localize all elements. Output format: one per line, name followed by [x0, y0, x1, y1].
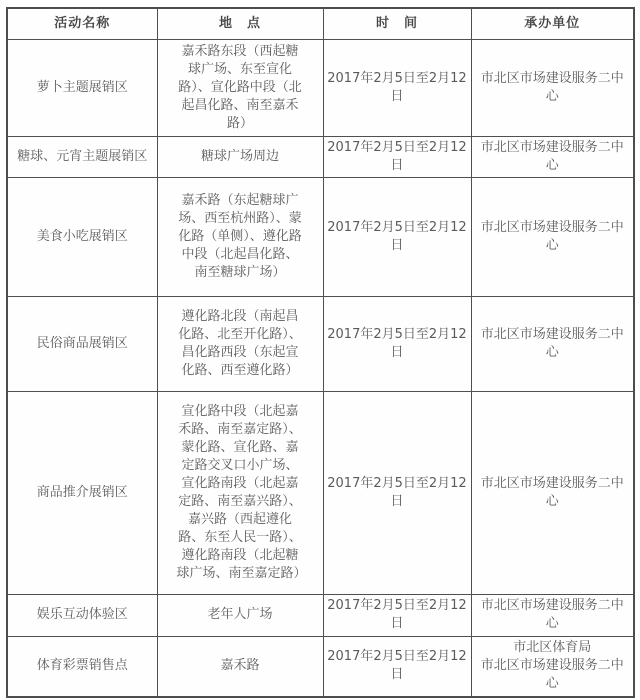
organizer-cell: 市北区市场建设服务二中心 — [471, 177, 634, 296]
activity-name-cell: 萝卜主题展销区 — [7, 39, 157, 136]
time-cell: 2017年2月5日至2月12日 — [323, 296, 471, 391]
activity-name-cell: 民俗商品展销区 — [7, 296, 157, 391]
organizer-cell: 市北区市场建设服务二中心 — [471, 296, 634, 391]
organizer-cell: 市北区市场建设服务二中心 — [471, 594, 634, 636]
table-row: 美食小吃展销区 嘉禾路（东起糖球广场、西至杭州路）、蒙化路（单侧）、遵化路中段（… — [7, 177, 634, 296]
time-cell: 2017年2月5日至2月12日 — [323, 594, 471, 636]
organizer-cell: 市北区市场建设服务二中心 — [471, 39, 634, 136]
time-cell: 2017年2月5日至2月12日 — [323, 177, 471, 296]
table-row: 商品推介展销区 宣化路中段（北起嘉禾路、南至嘉定路）、蒙化路、宣化路、嘉定路交叉… — [7, 391, 634, 594]
location-cell: 糖球广场周边 — [157, 136, 323, 177]
table-row: 糖球、元宵主题展销区 糖球广场周边 2017年2月5日至2月12日 市北区市场建… — [7, 136, 634, 177]
location-cell: 嘉禾路（东起糖球广场、西至杭州路）、蒙化路（单侧）、遵化路中段（北起昌化路、南至… — [157, 177, 323, 296]
table-row: 萝卜主题展销区 嘉禾路东段（西起糖球广场、东至宣化路）、宣化路中段（北起昌化路、… — [7, 39, 634, 136]
location-cell: 嘉禾路 — [157, 636, 323, 697]
location-cell: 遵化路北段（南起昌化路、北至开化路）、昌化路西段（东起宣化路、西至遵化路） — [157, 296, 323, 391]
festival-activities-table: 活动名称 地 点 时 间 承办单位 萝卜主题展销区 嘉禾路东段（西起糖球广场、东… — [6, 7, 635, 698]
table-row: 体育彩票销售点 嘉禾路 2017年2月5日至2月12日 市北区体育局 市北区市场… — [7, 636, 634, 697]
activity-name-cell: 糖球、元宵主题展销区 — [7, 136, 157, 177]
table-row: 娱乐互动体验区 老年人广场 2017年2月5日至2月12日 市北区市场建设服务二… — [7, 594, 634, 636]
organizer-cell: 市北区体育局 市北区市场建设服务二中心 — [471, 636, 634, 697]
location-cell: 嘉禾路东段（西起糖球广场、东至宣化路）、宣化路中段（北起昌化路、南至嘉禾路） — [157, 39, 323, 136]
time-cell: 2017年2月5日至2月12日 — [323, 636, 471, 697]
header-location: 地 点 — [157, 8, 323, 39]
organizer-cell: 市北区市场建设服务二中心 — [471, 136, 634, 177]
location-cell: 老年人广场 — [157, 594, 323, 636]
activity-name-cell: 体育彩票销售点 — [7, 636, 157, 697]
time-cell: 2017年2月5日至2月12日 — [323, 391, 471, 594]
header-organizer: 承办单位 — [471, 8, 634, 39]
activity-name-cell: 娱乐互动体验区 — [7, 594, 157, 636]
time-cell: 2017年2月5日至2月12日 — [323, 136, 471, 177]
header-time: 时 间 — [323, 8, 471, 39]
organizer-cell: 市北区市场建设服务二中心 — [471, 391, 634, 594]
table-header-row: 活动名称 地 点 时 间 承办单位 — [7, 8, 634, 39]
activity-name-cell: 商品推介展销区 — [7, 391, 157, 594]
table-row: 民俗商品展销区 遵化路北段（南起昌化路、北至开化路）、昌化路西段（东起宣化路、西… — [7, 296, 634, 391]
time-cell: 2017年2月5日至2月12日 — [323, 39, 471, 136]
organizer-line-2: 市北区市场建设服务二中心 — [480, 657, 626, 693]
activity-name-cell: 美食小吃展销区 — [7, 177, 157, 296]
header-activity-name: 活动名称 — [7, 8, 157, 39]
page: 活动名称 地 点 时 间 承办单位 萝卜主题展销区 嘉禾路东段（西起糖球广场、东… — [0, 0, 640, 700]
organizer-line-1: 市北区体育局 — [480, 639, 626, 657]
location-cell: 宣化路中段（北起嘉禾路、南至嘉定路）、蒙化路、宣化路、嘉定路交叉口小广场、宣化路… — [157, 391, 323, 594]
